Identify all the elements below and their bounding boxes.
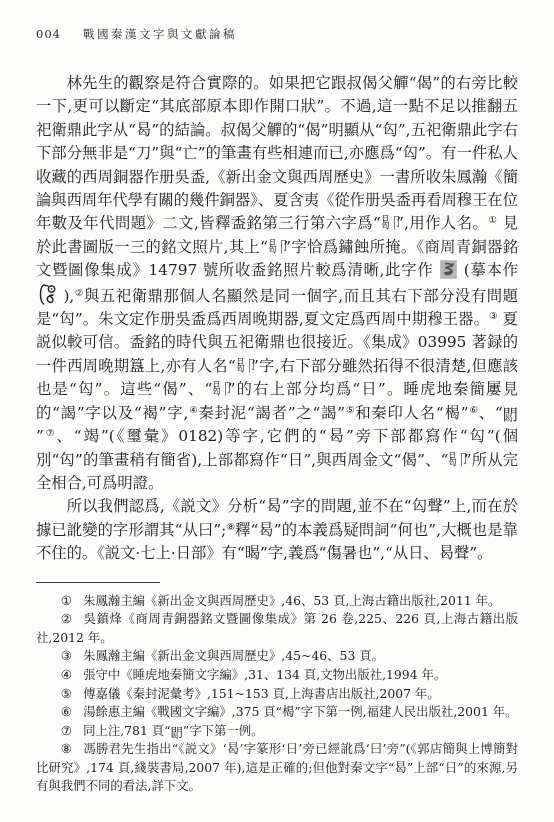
footnote: ②吳鎮烽《商周青銅器銘文暨圖像集成》第 26 卷,225、226 頁,上海古籍出… [36,610,518,647]
footnote-number: ④ [61,667,72,682]
footnote-ref: ⑤ [345,405,355,416]
footnote: ④張守中《睡虎地秦簡文字編》,31、134 頁,文物出版社,1994 年。 [36,666,518,685]
footnote-number: ⑥ [61,704,72,719]
footnote-number: ① [61,593,72,608]
book-title: 戰國秦漢文字與文獻論稿 [83,26,237,42]
footnote: ⑦同上注,781 頁“門曷”字下第一例。 [36,722,518,741]
footnote: ①朱鳳瀚主編《新出金文與西周歷史》,46、53 頁,上海古籍出版社,2011 年… [36,592,518,611]
composed-glyph-he-jie: 曷卩 [381,212,396,235]
page-number: 004 [36,27,61,41]
book-page: 004 戰國秦漢文字與文獻論稿 林先生的觀察是符合實際的。如果把它跟叔偈父觶“偈… [0,0,554,822]
composed-glyph-he-jie: 曷卩 [448,449,463,472]
running-header: 004 戰國秦漢文字與文獻論稿 [36,26,518,42]
footnote-number: ② [61,611,73,626]
footnote-separator-rule [36,582,160,583]
footnote: ③朱鳳瀚主編《新出金文與西周歷史》,45~46、53 頁。 [36,647,518,666]
footnote-ref: ④ [188,405,198,416]
footnote-list: ①朱鳳瀚主編《新出金文與西周歷史》,46、53 頁,上海古籍出版社,2011 年… [36,592,518,797]
composed-glyph-men-he: 門曷 [171,724,183,736]
inscription-photo-glyph [440,260,457,279]
footnote: ⑤傅嘉儀《秦封泥彙考》,151~153 頁,上海書店出版社,2007 年。 [36,685,518,704]
footnote: ⑧馮勝君先生指出“《説文》‘曷’字篆形‘日’旁已經訛爲‘曰’旁”(《郭店簡與上博… [36,740,518,796]
footnote-number: ③ [61,648,72,663]
footnote-number: ⑦ [61,723,72,738]
footnote: ⑥湯餘惠主編《戰國文字編》,375 頁“楬”字下第一例,福建人民出版社,2001… [36,703,518,722]
footnote-ref: ⑥ [469,405,479,416]
body-paragraph: 所以我們認爲,《説文》分析“曷”字的問題,並不在“匃聲”上,而在於據已訛變的字形… [36,495,518,565]
footnote-ref: ⑧ [226,522,235,533]
footnote-number: ⑤ [61,686,72,701]
footnote-number: ⑧ [61,741,72,756]
mogao-traced-glyph [37,283,57,305]
composed-glyph-he-jie: 曷卩 [212,378,227,401]
body-text: 林先生的觀察是符合實際的。如果把它跟叔偈父觶“偈”的右旁比較一下,更可以斷定“其… [36,72,518,566]
composed-glyph-he-jie: 曷卩 [268,236,283,259]
footnote-area: ①朱鳳瀚主編《新出金文與西周歷史》,46、53 頁,上海古籍出版社,2011 年… [36,582,518,797]
body-paragraph: 林先生的觀察是符合實際的。如果把它跟叔偈父觶“偈”的右旁比較一下,更可以斷定“其… [36,72,518,495]
footnote-ref: ③ [489,311,498,322]
footnote-ref: ② [74,288,84,299]
footnote-ref: ⑦ [44,428,57,439]
composed-glyph-men-he: 門曷 [503,404,518,419]
composed-glyph-he-jie: 曷卩 [236,355,251,378]
footnote-ref: ① [488,215,497,226]
